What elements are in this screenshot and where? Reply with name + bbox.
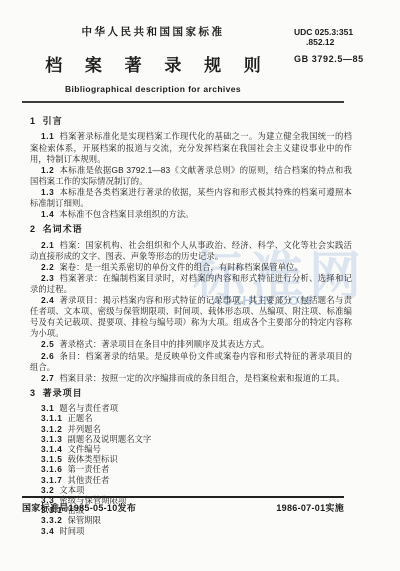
item-text: 正题名 <box>67 413 92 423</box>
gb-standard-number: GB 3792.5—85 <box>294 54 364 64</box>
item-text: 保管期限 <box>67 515 101 525</box>
paragraph-number: 2.7 <box>41 373 54 383</box>
paragraph-number: 1.2 <box>41 165 54 175</box>
udc-line1: UDC 025.3:351 <box>294 27 353 37</box>
section-heading: 3著录项目 <box>30 388 352 399</box>
paragraph-text: 案卷：是一组关系密切的单份文件的组合，有时称档案保管单位。 <box>59 262 303 272</box>
section-number: 2 <box>30 224 36 234</box>
outline-item: 3.1.7其他责任者 <box>30 475 352 485</box>
item-number: 3.1 <box>41 403 54 413</box>
outline-item: 3.2文本项 <box>30 485 352 495</box>
section-title: 名词术语 <box>43 224 83 234</box>
item-text: 副题名及说明题名文字 <box>67 434 151 444</box>
header-center-column: 中华人民共和国国家标准 档 案 著 录 规 则 Bibliographical … <box>22 24 284 94</box>
paragraph-number: 1.1 <box>41 131 54 141</box>
paragraph-text: 本标准是依据GB 3792.1—83《文献著录总则》的原则，结合档案的特点和我国… <box>30 165 352 186</box>
paragraph: 2.6条目：档案著录的结果。是反映单份文件或案卷内容和形式特征的著录项目的组合。 <box>30 351 352 373</box>
paragraph-number: 1.4 <box>41 209 54 219</box>
section-heading: 1引言 <box>30 116 352 127</box>
paragraph-text: 条目：档案著录的结果。是反映单份文件或案卷内容和形式特征的著录项目的组合。 <box>30 351 352 372</box>
english-subtitle: Bibliographical description for archives <box>22 84 284 94</box>
paragraph-number: 2.4 <box>41 295 54 305</box>
item-text: 题名与责任者项 <box>59 403 118 413</box>
item-number: 3.1.7 <box>41 475 62 485</box>
udc-code: UDC 025.3:351 .852.12 <box>294 27 353 47</box>
item-number: 3.1.2 <box>41 424 62 434</box>
outline-item: 3.3.2保管期限 <box>30 515 352 525</box>
footer-issued-date: 国家标准局1985-05-10发布 <box>22 501 136 514</box>
document-page: 标准网 AOZHUN.COM 中华人民共和国国家标准 档 案 著 录 规 则 B… <box>0 0 400 571</box>
paragraph-number: 2.2 <box>41 262 54 272</box>
outline-item: 3.1.6第一责任者 <box>30 464 352 474</box>
paragraph: 2.3档案著录：在编制档案目录时，对档案的内容和形式特征进行分析、选择和记录的过… <box>30 273 352 295</box>
paragraph-text: 档案著录标准化是实现档案工作现代化的基础之一。为建立健全我国统一的档案检索体系，… <box>30 131 352 163</box>
section-title: 引言 <box>43 116 63 126</box>
section-heading: 2名词术语 <box>30 224 352 235</box>
paragraph: 1.1档案著录标准化是实现档案工作现代化的基础之一。为建立健全我国统一的档案检索… <box>30 131 352 164</box>
item-number: 3.1.1 <box>41 413 62 423</box>
paragraph-text: 档案著录：在编制档案目录时，对档案的内容和形式特征进行分析、选择和记录的过程。 <box>30 273 352 294</box>
paragraph-text: 本标准不包含档案目录组织的方法。 <box>59 209 193 219</box>
footer-effective-date: 1986-07-01实施 <box>276 501 344 514</box>
paragraph: 2.1档案：国家机构、社会组织和个人从事政治、经济、科学、文化等社会实践活动直接… <box>30 240 352 262</box>
item-text: 第一责任者 <box>67 464 109 474</box>
paragraph-text: 著录项目：揭示档案内容和形式特征的记录事项。其主要部分（包括题名与责任者项、文本… <box>30 295 352 338</box>
item-number: 3.1.5 <box>41 454 62 464</box>
paragraph: 2.2案卷：是一组关系密切的单份文件的组合，有时称档案保管单位。 <box>30 262 352 273</box>
paragraph-number: 2.5 <box>41 339 54 349</box>
paragraph-text: 本标准是各类档案进行著录的依据，某些内容和形式极其特殊的档案可遵照本标准制订细则… <box>30 187 352 208</box>
item-number: 3.1.4 <box>41 444 62 454</box>
paragraph-text: 著录格式：著录项目在条目中的排列顺序及其表达方式。 <box>59 339 269 349</box>
item-text: 文件编号 <box>67 444 101 454</box>
outline-item: 3.1.1正题名 <box>30 413 352 423</box>
outline-item: 3.4时间项 <box>30 526 352 536</box>
document-footer: 国家标准局1985-05-10发布 1986-07-01实施 <box>22 501 344 514</box>
item-number: 3.4 <box>41 526 54 536</box>
outline-item: 3.1.5载体类型标识 <box>30 454 352 464</box>
paragraph: 2.7档案目录：按照一定的次序编排而成的条目组合，是档案检索和报道的工具。 <box>30 373 352 384</box>
outline-item: 3.1题名与责任者项 <box>30 403 352 413</box>
item-text: 时间项 <box>59 526 84 536</box>
section-number: 1 <box>30 116 36 126</box>
outline-item: 3.1.2并列题名 <box>30 424 352 434</box>
header-rule <box>22 101 344 103</box>
item-number: 3.2 <box>41 485 54 495</box>
paragraph-text: 档案：国家机构、社会组织和个人从事政治、经济、科学、文化等社会实践活动直接形成的… <box>30 240 352 261</box>
standard-name-label: 中华人民共和国国家标准 <box>22 24 284 39</box>
item-text: 载体类型标识 <box>67 454 117 464</box>
paragraph-text: 档案目录：按照一定的次序编排而成的条目组合，是档案检索和报道的工具。 <box>59 373 345 383</box>
section-number: 3 <box>30 388 36 398</box>
item-number: 3.3.2 <box>41 515 62 525</box>
paragraph-number: 2.1 <box>41 240 54 250</box>
item-text: 其他责任者 <box>67 475 109 485</box>
udc-line2: .852.12 <box>294 37 353 47</box>
document-body: 1引言 1.1档案著录标准化是实现档案工作现代化的基础之一。为建立健全我国统一的… <box>30 112 352 536</box>
page-title: 档 案 著 录 规 则 <box>22 51 284 76</box>
item-text: 文本项 <box>59 485 84 495</box>
paragraph-number: 2.3 <box>41 273 54 283</box>
paragraph-number: 1.3 <box>41 187 54 197</box>
section-title: 著录项目 <box>43 388 83 398</box>
paragraph: 1.4本标准不包含档案目录组织的方法。 <box>30 209 352 220</box>
paragraph-number: 2.6 <box>41 351 54 361</box>
paragraph: 2.5著录格式：著录项目在条目中的排列顺序及其表达方式。 <box>30 339 352 350</box>
item-text: 并列题名 <box>67 424 101 434</box>
outline-item: 3.1.3副题名及说明题名文字 <box>30 434 352 444</box>
paragraph: 1.3本标准是各类档案进行著录的依据，某些内容和形式极其特殊的档案可遵照本标准制… <box>30 187 352 209</box>
footer-rule <box>22 496 344 498</box>
outline-item: 3.1.4文件编号 <box>30 444 352 454</box>
paragraph: 2.4著录项目：揭示档案内容和形式特征的记录事项。其主要部分（包括题名与责任者项… <box>30 295 352 339</box>
item-number: 3.1.3 <box>41 434 62 444</box>
paragraph: 1.2本标准是依据GB 3792.1—83《文献著录总则》的原则，结合档案的特点… <box>30 165 352 187</box>
item-number: 3.1.6 <box>41 464 62 474</box>
